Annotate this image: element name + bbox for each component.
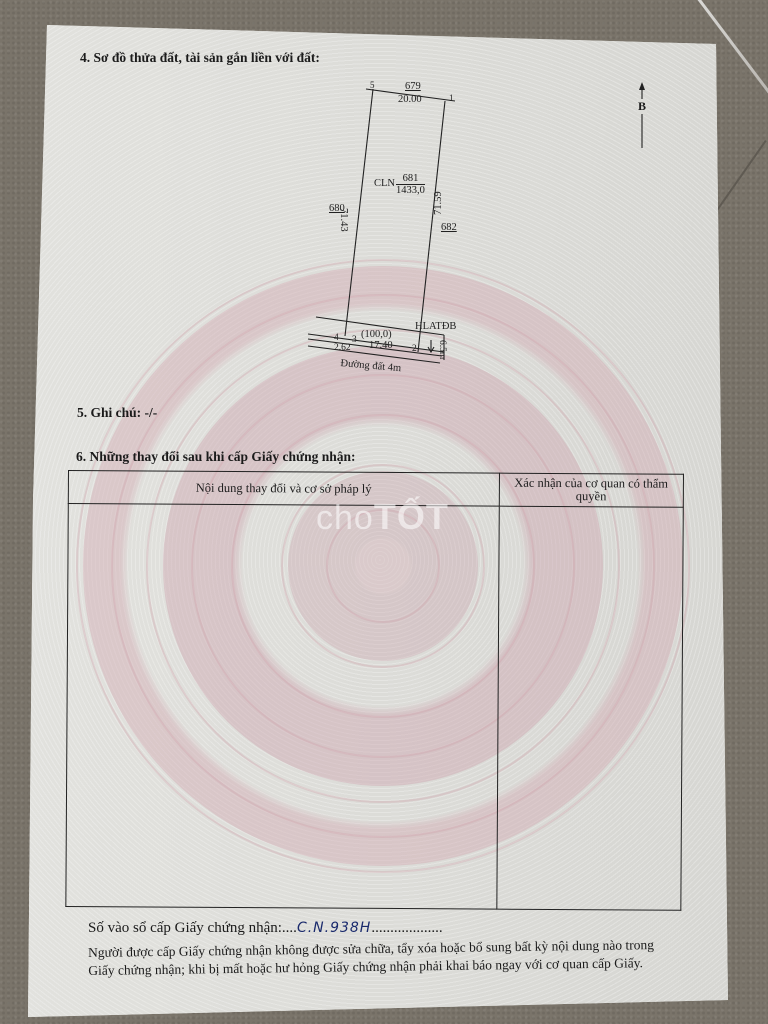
- change-content-cell: [66, 504, 499, 910]
- watermark-brand: TỐT: [374, 496, 449, 537]
- certificate-content: 4. Sơ đồ thửa đất, tài sản gắn liền với …: [0, 0, 768, 1024]
- bottom-edge-length: 17.40: [369, 340, 393, 351]
- parcel-diagram: [0, 0, 768, 420]
- section-5-notes: 5. Ghi chú: -/-: [77, 405, 157, 421]
- corridor-area: (100,0): [361, 329, 392, 340]
- vertex-1: 1: [449, 93, 454, 103]
- neighbor-right-parcel: 682: [441, 222, 457, 233]
- north-arrow-label: B: [637, 99, 647, 114]
- watermark-prefix: cho: [316, 499, 374, 537]
- parcel-number: 681: [396, 173, 425, 185]
- vertex-5: 5: [370, 80, 375, 90]
- corridor-label: HLATĐB: [415, 321, 456, 332]
- registry-label: Số vào sổ cấp Giấy chứng nhận:....: [88, 920, 297, 936]
- parcel-fraction: 681 1433,0: [396, 173, 425, 196]
- chotot-watermark: choTỐT: [316, 496, 449, 538]
- land-type: CLN: [374, 178, 395, 189]
- registry-value-handwritten: C.N.938H: [297, 920, 371, 936]
- left-edge-length: 71.43: [338, 208, 349, 232]
- section-6-title: 6. Những thay đổi sau khi cấp Giấy chứng…: [76, 449, 356, 465]
- neighbor-top-parcel: 679: [405, 81, 421, 92]
- vertex-4: 4: [334, 333, 339, 343]
- top-edge-length: 20.00: [398, 94, 422, 105]
- authority-confirmation-cell: [496, 506, 683, 910]
- registry-dots: ...................: [371, 920, 442, 936]
- legal-notice: Người được cấp Giấy chứng nhận không đượ…: [88, 936, 688, 980]
- corridor-width: 6.5m: [437, 340, 447, 359]
- right-edge-length: 71.59: [433, 191, 444, 215]
- vertex-2: 2: [412, 344, 417, 354]
- parcel-area: 1433,0: [396, 185, 425, 196]
- vertex-3: 3: [352, 335, 357, 345]
- registry-number-line: Số vào sổ cấp Giấy chứng nhận:....C.N.93…: [88, 920, 443, 937]
- corner-segment-length: 2.62: [334, 343, 351, 353]
- header-authority-confirmation: Xác nhận của cơ quan có thẩm quyền: [499, 473, 684, 507]
